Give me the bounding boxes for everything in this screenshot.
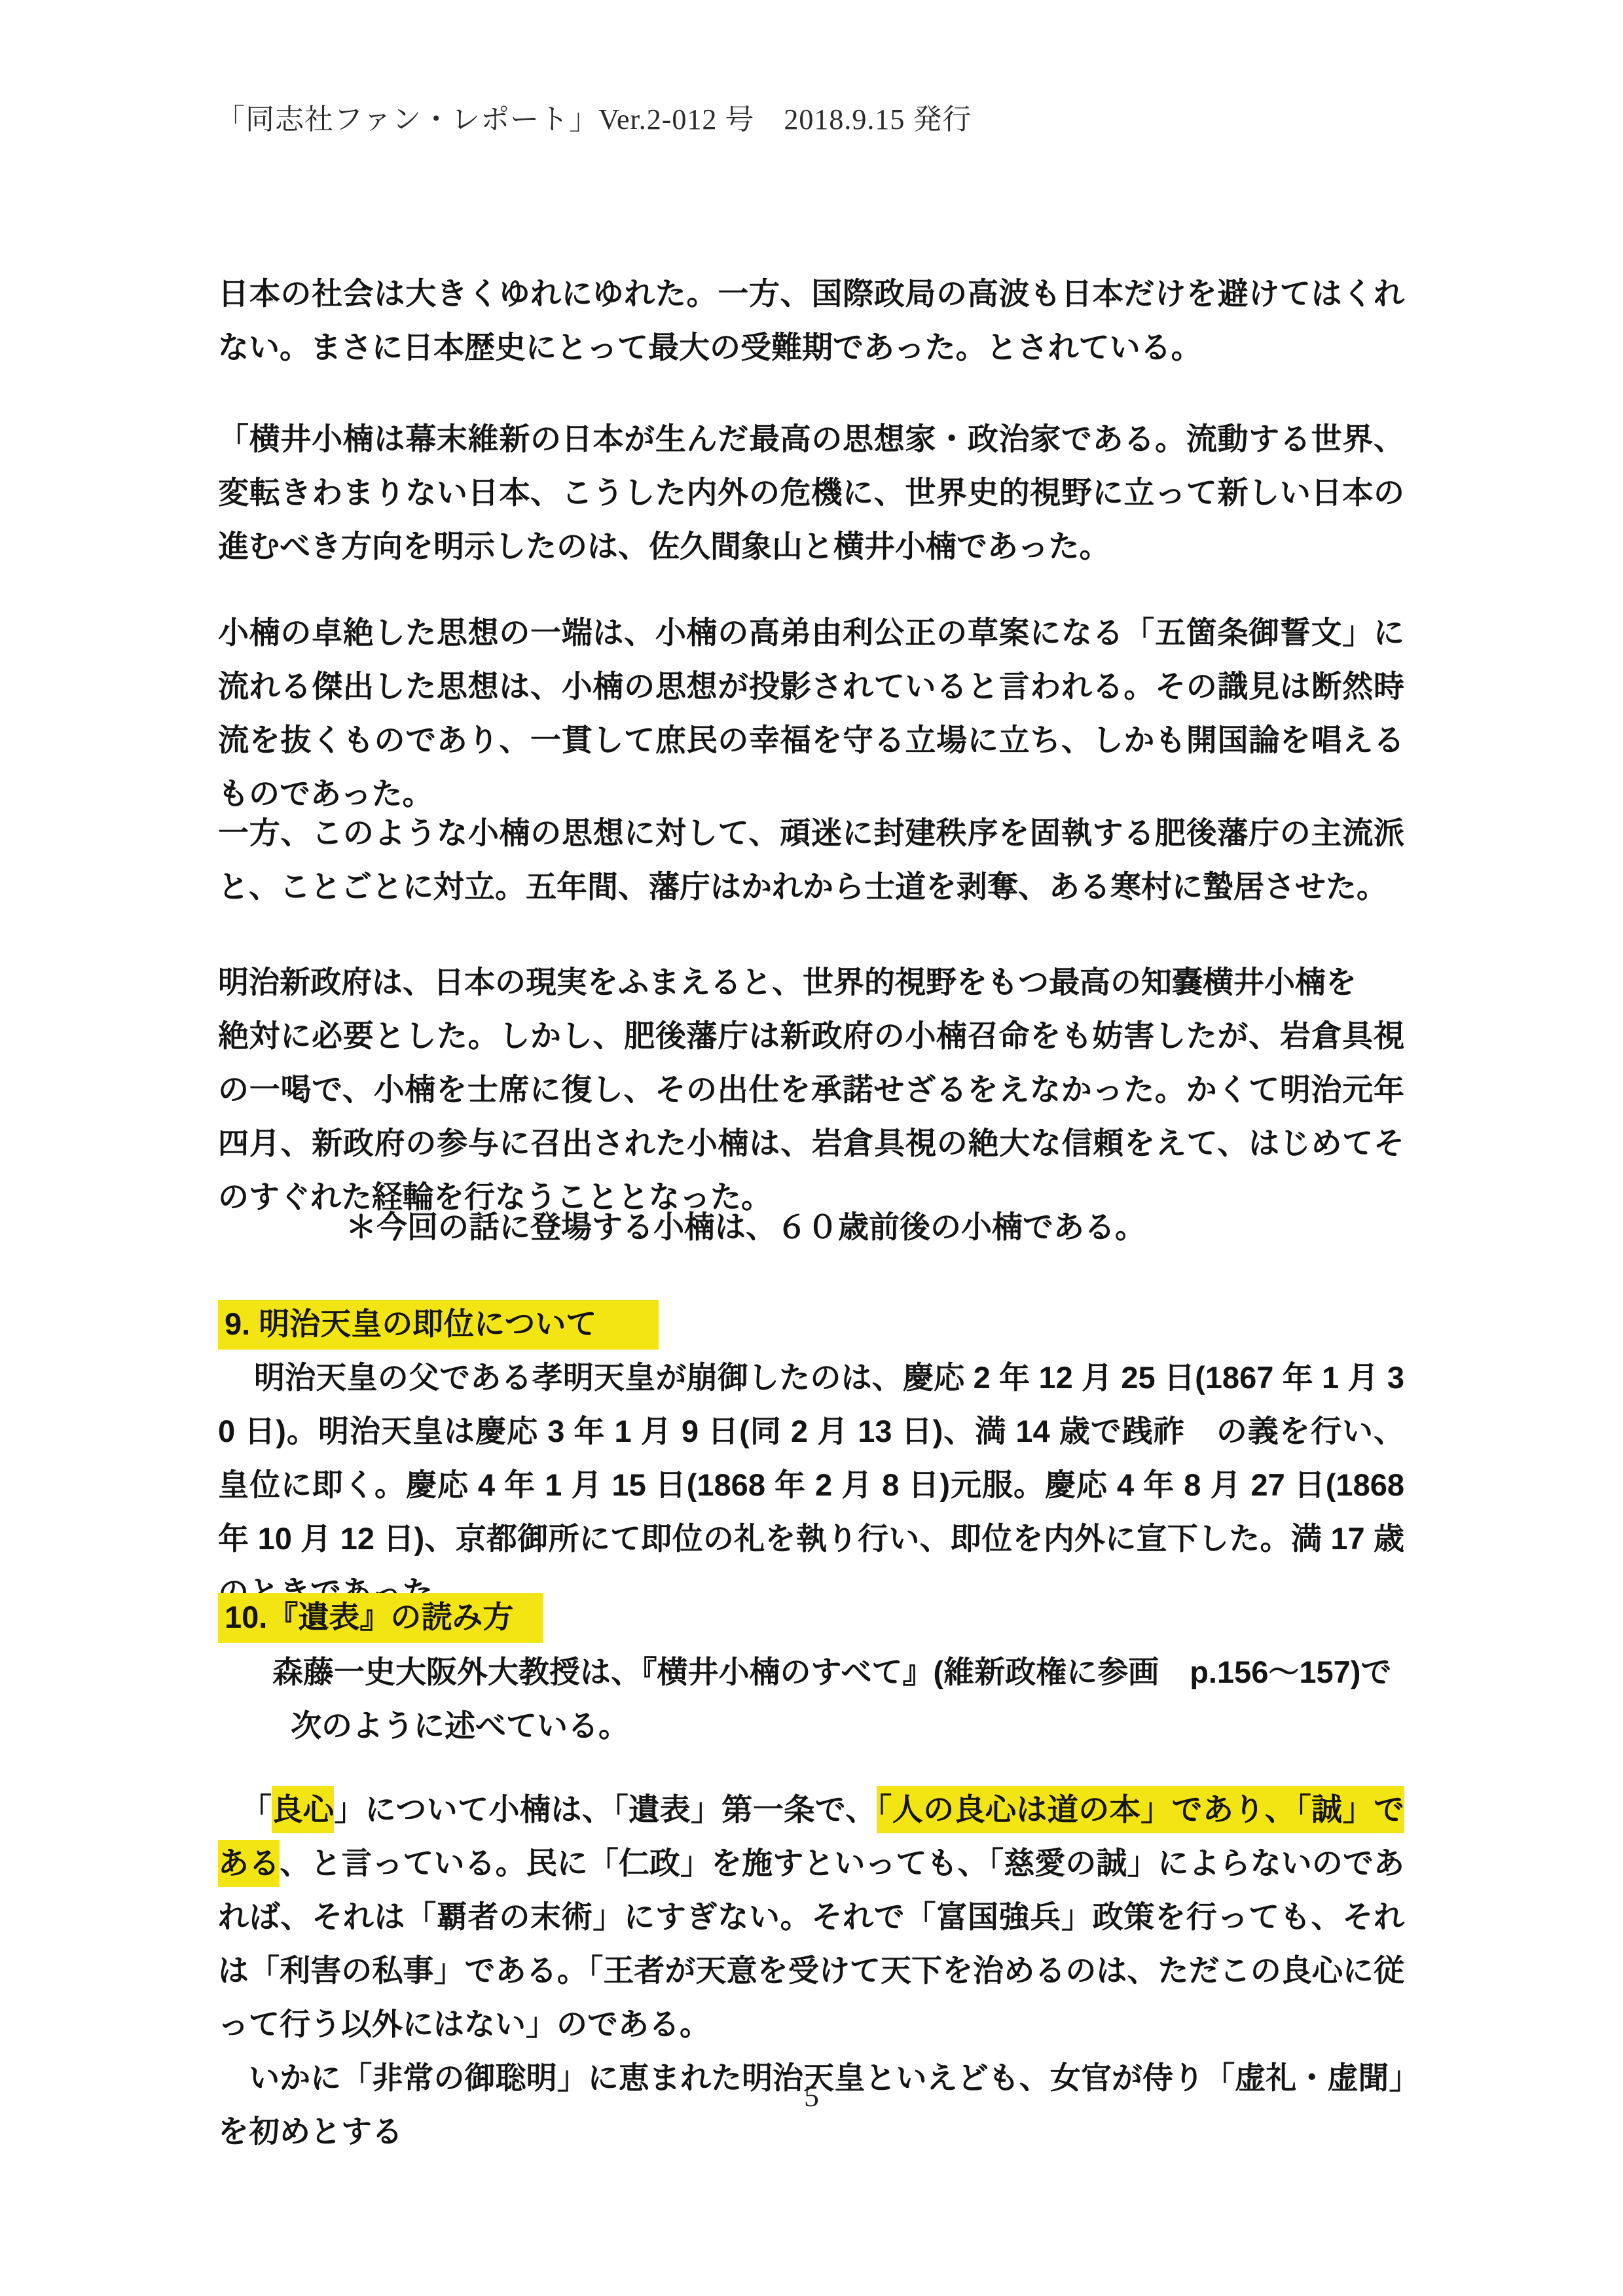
paragraph-japan-society: 日本の社会は大きくゆれにゆれた。一方、国際政局の高波も日本だけを避けてはくれない… (218, 267, 1404, 374)
note-shonan-age: ＊今回の話に登場する小楠は、６０歳前後の小楠である。 (218, 1200, 1404, 1254)
closing-text: 、と言っている。民に「仁政」を施すといっても、「慈愛の誠」によらないのであれば、… (218, 1846, 1404, 2041)
paragraph-shonan-thought: 小楠の卓絶した思想の一端は、小楠の高弟由利公正の草案になる「五箇条御誓文」に流れ… (218, 606, 1404, 821)
highlight-ryoshin: 良心 (272, 1786, 334, 1833)
section9-body: 明治天皇の父である孝明天皇が崩御したのは、慶応 2 年 12 月 25 日(18… (218, 1351, 1404, 1619)
section10-heading-highlighted: 10.『遺表』の読み方 (218, 1593, 543, 1643)
paragraph-meiji-government: 明治新政府は、日本の現実をふまえると、世界的視野をもつ最高の知嚢横井小楠を絶対に… (218, 956, 1404, 1224)
paragraph-meiji-government-rest: 絶対に必要とした。しかし、肥後藩庁は新政府の小楠召命をも妨害したが、岩倉具視の一… (218, 1018, 1404, 1214)
paragraph-yokoi-shonan-intro: 「横井小楠は幕末維新の日本が生んだ最高の思想家・政治家である。流動する世界、変転… (218, 412, 1404, 573)
paragraph-higo-conflict: 一方、このような小楠の思想に対して、頑迷に封建秩序を固執する肥後藩庁の主流派と、… (218, 806, 1404, 914)
section10-intro-line: 次のように述べている。 (218, 1699, 1404, 1753)
closing-text: 「 (241, 1792, 272, 1827)
document-page: 「同志社ファン・レポート」Ver.2-012 号 2018.9.15 発行 日本… (0, 0, 1623, 2296)
section10-source-line: 森藤一史大阪外大教授は、『横井小楠のすべて』(維新政権に参画 p.156～157… (218, 1645, 1404, 1699)
closing-text: 」について小楠は、「遺表」第一条で、 (334, 1792, 876, 1827)
newsletter-header: 「同志社ファン・レポート」Ver.2-012 号 2018.9.15 発行 (216, 96, 972, 137)
section9-heading-highlighted: 9. 明治天皇の即位について (218, 1300, 659, 1350)
page-number: 5 (0, 2079, 1623, 2113)
paragraph-meiji-government-line1: 明治新政府は、日本の現実をふまえると、世界的視野をもつ最高の知嚢横井小楠を (218, 965, 1357, 999)
